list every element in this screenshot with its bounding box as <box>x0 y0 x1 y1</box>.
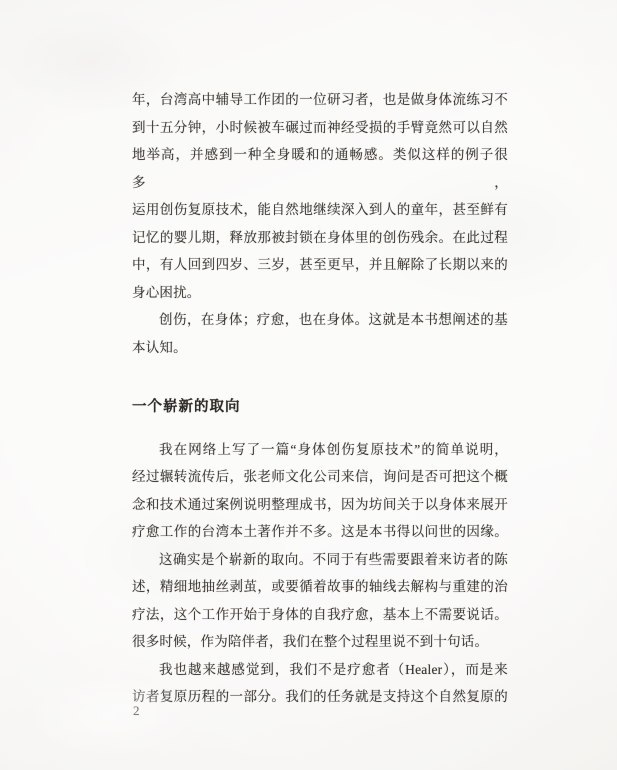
page-number: 2 <box>133 703 140 719</box>
text-line: 念和技术通过案例说明整理成书，因为坊间关于以身体来展开 <box>132 491 508 519</box>
paragraph-approach: 这确实是个崭新的取向。不同于有些需要跟着来访者的陈 述，精细地抽丝剥茧，或要循着… <box>132 546 508 656</box>
text-line: 运用创伤复原技术，能自然地继续深入到人的童年，甚至鲜有 <box>132 196 508 224</box>
text-line: 我在网络上写了一篇“身体创伤复原技术”的简单说明， <box>132 436 508 464</box>
page-body: 年，台湾高中辅导工作团的一位研习者，也是做身体流练习不 到十五分钟，小时候被车碾… <box>132 86 508 711</box>
text-line: 地举高，并感到一种全身暖和的通畅感。类似这样的例子很多， <box>132 141 508 196</box>
text-line: 中，有人回到四岁、三岁，甚至更早，并且解除了长期以来的 <box>132 251 508 279</box>
text-line: 身心困扰。 <box>132 279 508 307</box>
text-line: 疗法，这个工作开始于身体的自我疗愈，基本上不需要说话。 <box>132 601 508 629</box>
text-line: 年，台湾高中辅导工作团的一位研习者，也是做身体流练习不 <box>132 86 508 114</box>
text-line: 记忆的婴儿期，释放那被封锁在身体里的创伤残余。在此过程 <box>132 224 508 252</box>
text-line: 很多时候，作为陪伴者，我们在整个过程里说不到十句话。 <box>132 628 508 656</box>
text-line: 到十五分钟，小时候被车碾过而神经受损的手臂竟然可以自然 <box>132 114 508 142</box>
text-line: 创伤，在身体；疗愈，也在身体。这就是本书想阐述的基 <box>132 306 508 334</box>
text-line: 访者复原历程的一部分。我们的任务就是支持这个自然复原的 <box>132 683 508 711</box>
paragraph-continuation: 年，台湾高中辅导工作团的一位研习者，也是做身体流练习不 到十五分钟，小时候被车碾… <box>132 86 508 306</box>
text-line: 这确实是个崭新的取向。不同于有些需要跟着来访者的陈 <box>132 546 508 574</box>
text-line: 本认知。 <box>132 334 508 362</box>
paragraph-origin: 我在网络上写了一篇“身体创伤复原技术”的简单说明， 经过辗转流传后，张老师文化公… <box>132 436 508 546</box>
paragraph-summary: 创伤，在身体；疗愈，也在身体。这就是本书想阐述的基 本认知。 <box>132 306 508 361</box>
scanned-book-page: { "page": { "number": "2" }, "colors": {… <box>0 0 617 770</box>
text-line: 述，精细地抽丝剥茧，或要循着故事的轴线去解构与重建的治 <box>132 573 508 601</box>
text-line: 疗愈工作的台湾本土著作并不多。这是本书得以问世的因缘。 <box>132 518 508 546</box>
text-line: 我也越来越感觉到，我们不是疗愈者（Healer），而是来 <box>132 656 508 684</box>
paragraph-healer: 我也越来越感觉到，我们不是疗愈者（Healer），而是来 访者复原历程的一部分。… <box>132 656 508 711</box>
section-heading: 一个崭新的取向 <box>132 394 508 422</box>
text-line: 经过辗转流传后，张老师文化公司来信，询问是否可把这个概 <box>132 463 508 491</box>
